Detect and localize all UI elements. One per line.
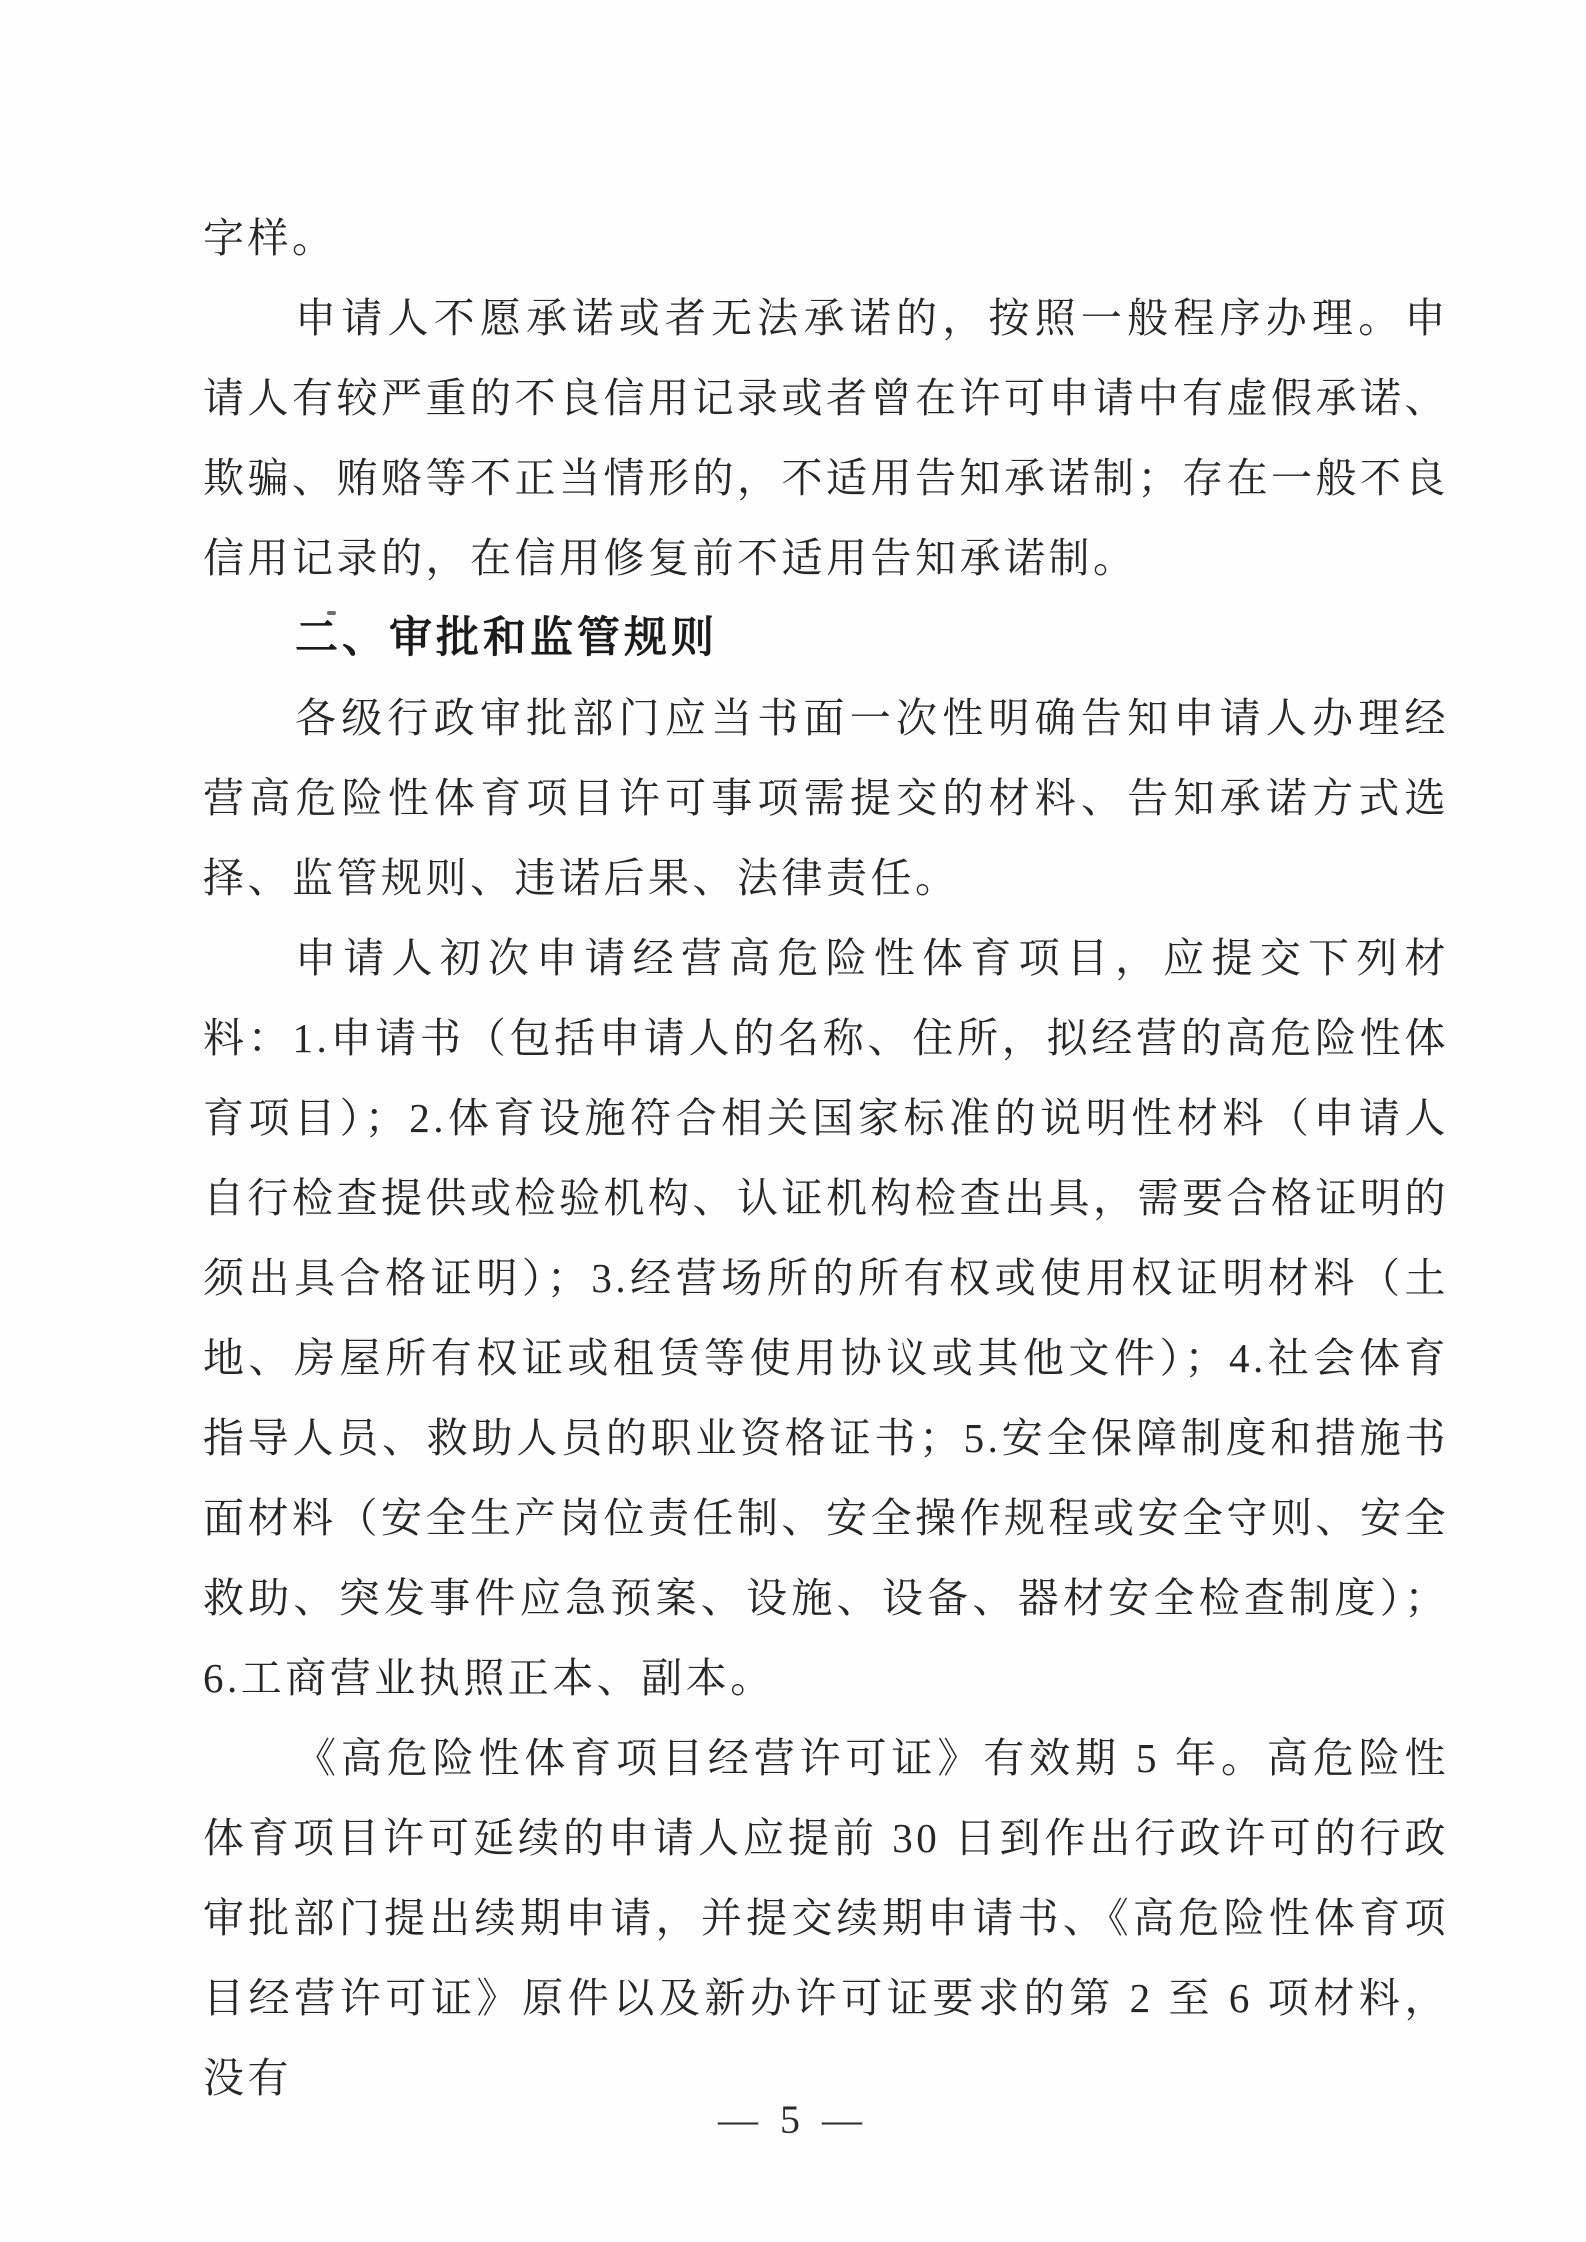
section-heading-approval-supervision: 二、审批和监管规则 [203,598,1449,678]
paragraph-notification-requirements: 各级行政审批部门应当书面一次性明确告知申请人办理经营高危险性体育项目许可事项需提… [203,678,1449,918]
scanned-document-page: 字样。 申请人不愿承诺或者无法承诺的，按照一般程序办理。申请人有较严重的不良信用… [0,0,1586,2242]
paragraph-application-materials: 申请人初次申请经营高危险性体育项目，应提交下列材料：1.申请书（包括申请人的名称… [203,918,1449,1718]
paragraph-commitment-rules: 申请人不愿承诺或者无法承诺的，按照一般程序办理。申请人有较严重的不良信用记录或者… [203,278,1449,598]
document-body: 字样。 申请人不愿承诺或者无法承诺的，按照一般程序办理。申请人有较严重的不良信用… [203,198,1449,2118]
paragraph-continuation: 字样。 [203,198,1449,278]
page-number: — 5 — [0,2096,1586,2143]
paragraph-license-validity-renewal: 《高危险性体育项目经营许可证》有效期 5 年。高危险性体育项目许可延续的申请人应… [203,1718,1449,2118]
